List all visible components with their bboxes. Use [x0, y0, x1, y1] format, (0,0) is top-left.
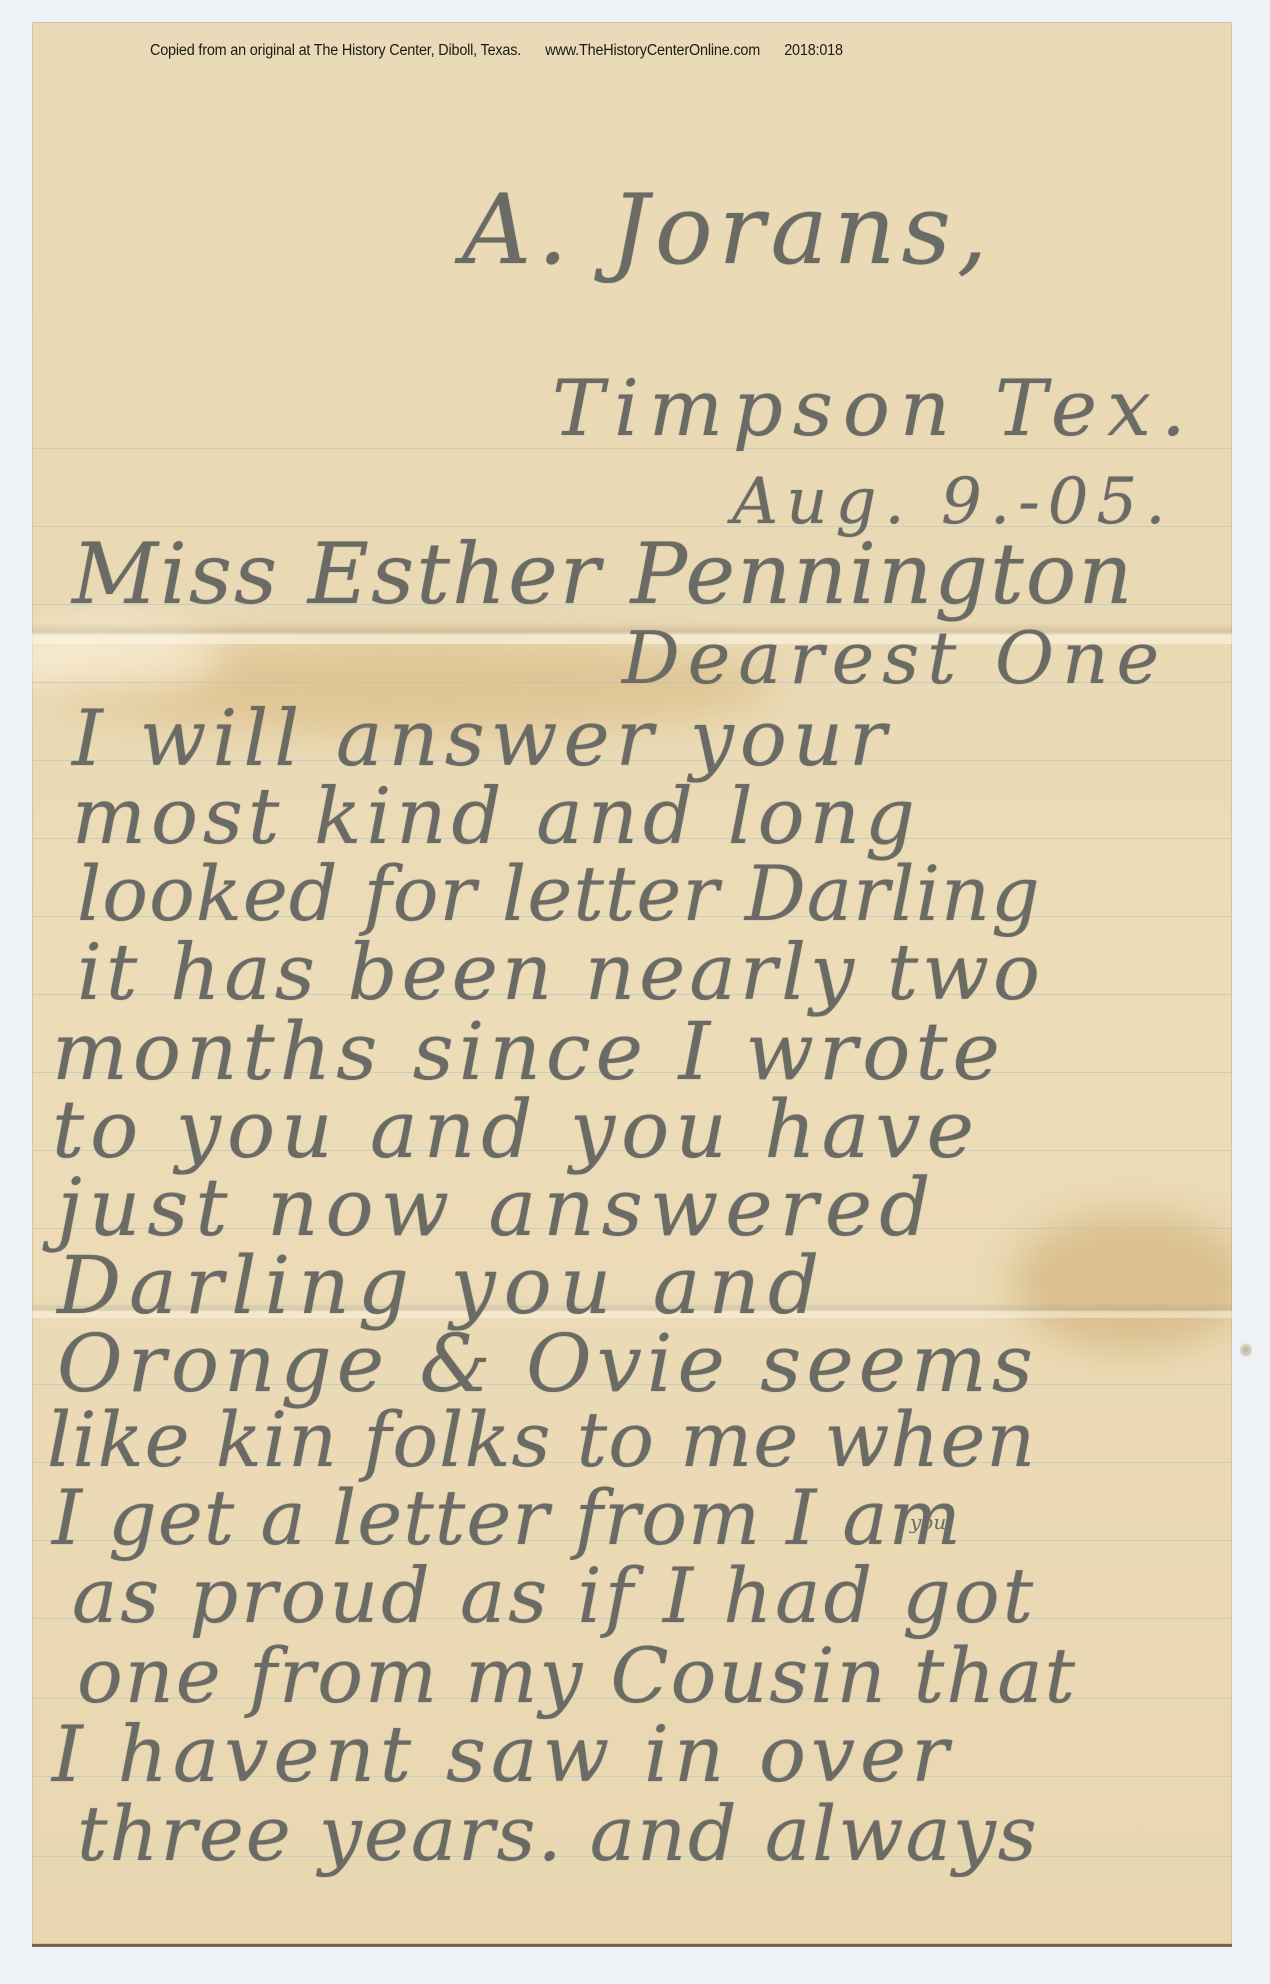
body-line: I get a letter from I am	[52, 1480, 962, 1556]
foxing-stain	[32, 622, 222, 692]
archive-stamp: Copied from an original at The History C…	[150, 42, 867, 60]
body-line: Oronge & Ovie seems	[57, 1324, 1038, 1404]
scan-speck	[1240, 1343, 1252, 1357]
body-line: most kind and long	[72, 778, 920, 856]
letter-recipient: Miss Esther Pennington	[72, 532, 1134, 616]
body-line: I havent saw in over	[52, 1716, 953, 1794]
body-line: looked for letter Darling	[77, 856, 1041, 932]
body-line: it has been nearly two	[77, 934, 1044, 1012]
foxing-stain	[1012, 1212, 1232, 1352]
letter-place: Timpson Tex.	[552, 370, 1196, 448]
letter-sender: A. Jorans,	[462, 182, 993, 278]
letter-page: Copied from an original at The History C…	[32, 22, 1232, 1946]
inserted-word: you	[910, 1510, 946, 1534]
letter-salutation: Dearest One	[622, 622, 1167, 694]
body-line: three years. and always	[77, 1796, 1039, 1872]
body-line: to you and you have	[52, 1090, 980, 1170]
body-line: Darling you and	[57, 1246, 827, 1326]
body-line: months since I wrote	[52, 1012, 1005, 1092]
archive-accession: 2018:018	[784, 42, 843, 59]
body-line: just now answered	[57, 1168, 937, 1248]
body-line: one from my Cousin that	[77, 1638, 1077, 1714]
body-line: as proud as if I had got	[72, 1558, 1036, 1634]
body-line: I will answer your	[72, 700, 892, 778]
archive-source: Copied from an original at The History C…	[150, 42, 521, 59]
body-line: like kin folks to me when	[47, 1402, 1036, 1478]
archive-website: www.TheHistoryCenterOnline.com	[545, 42, 760, 59]
